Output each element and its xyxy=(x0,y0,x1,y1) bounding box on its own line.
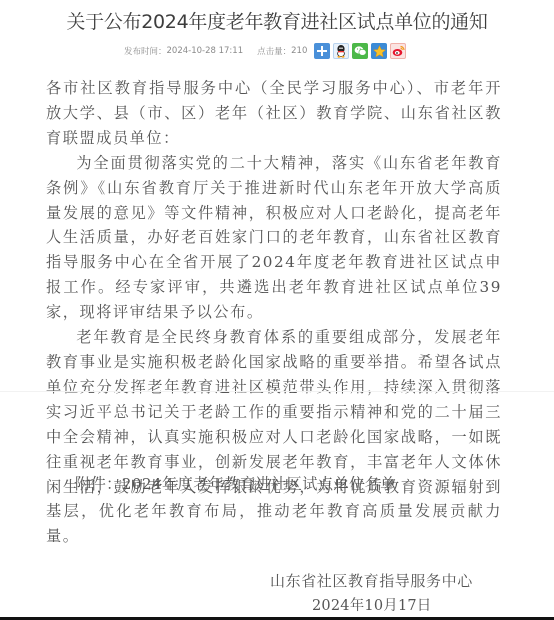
attachment-link[interactable]: 附件：2024年度老年教育进社区试点单位名单 xyxy=(75,472,396,496)
qq-icon[interactable] xyxy=(333,43,349,59)
weibo-icon[interactable] xyxy=(390,43,406,59)
publish-time-label: 发布时间： xyxy=(124,45,167,57)
view-count: 210 xyxy=(291,46,307,56)
view-count-label: 点击量： xyxy=(257,45,291,57)
article-title: 关于公布2024年度老年教育进社区试点单位的通知 xyxy=(0,9,554,35)
publish-time: 2024-10-28 17:11 xyxy=(167,46,244,56)
signature-date: 2024年10月17日 xyxy=(312,595,432,617)
wechat-icon[interactable] xyxy=(352,43,368,59)
salutation: 各市社区教育指导服务中心（全民学习服务中心）、市老年开放大学、县（市、区）老年（… xyxy=(46,76,502,151)
share-bar xyxy=(314,43,406,59)
qzone-icon[interactable] xyxy=(371,43,387,59)
share-more-icon[interactable] xyxy=(314,43,330,59)
paragraph-1: 为全面贯彻落实党的二十大精神，落实《山东省老年教育条例》《山东省教育厅关于推进新… xyxy=(46,151,502,325)
divider xyxy=(0,391,554,392)
article-meta: 发布时间： 2024-10-28 17:11 点击量： 210 xyxy=(124,41,406,61)
signature-organization: 山东省社区教育指导服务中心 xyxy=(270,570,473,592)
paragraph-2: 老年教育是全民终身教育体系的重要组成部分，发展老年教育事业是实施积极老龄化国家战… xyxy=(46,325,502,549)
